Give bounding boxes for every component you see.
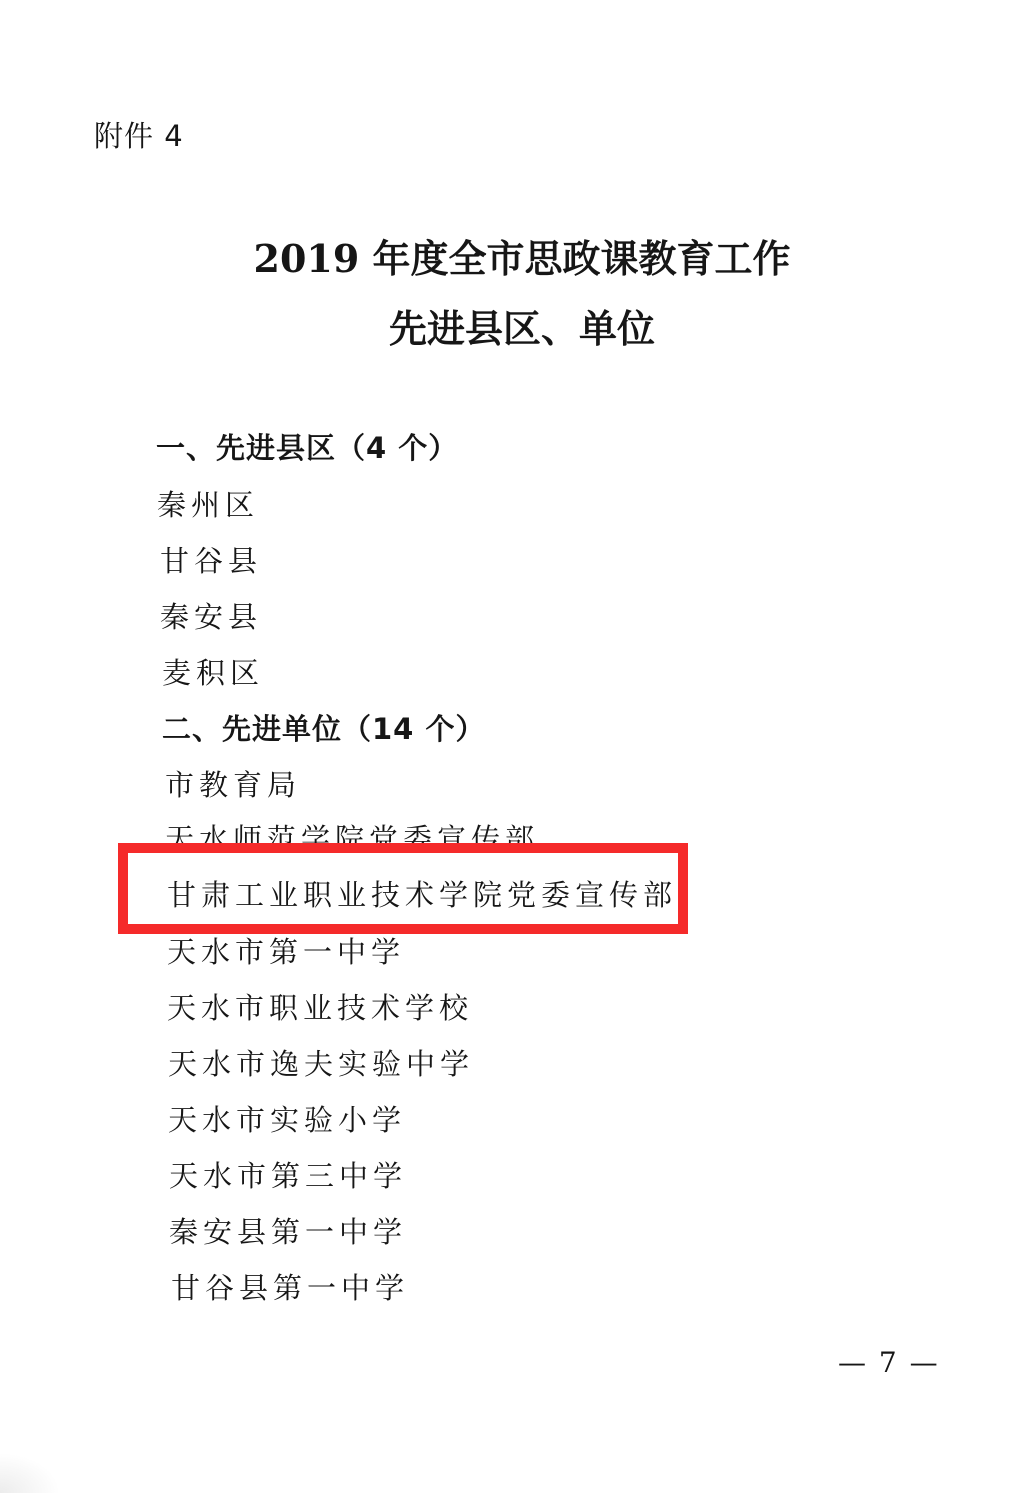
list-item-highlighted: 甘肃工业职业技术学院党委宣传部 [167,873,677,914]
list-item: 天水师范学院党委宣传部 [165,817,539,843]
title-line-2: 先进县区、单位 [0,298,1024,353]
list-item: 天水市实验小学 [168,1098,406,1139]
list-item: 天水市第一中学 [167,930,405,971]
list-item: 甘谷县第一中学 [171,1266,409,1307]
section-heading-counties: 一、先进县区（4 个） [156,426,458,467]
list-item: 天水市逸夫实验中学 [168,1042,474,1083]
scan-shadow [0,1453,60,1493]
list-item: 天水市职业技术学校 [167,986,473,1027]
list-item: 秦安县第一中学 [169,1210,407,1251]
section-heading-units: 二、先进单位（14 个） [162,707,485,748]
list-item: 甘谷县 [160,539,262,580]
attachment-label: 附件 4 [94,114,184,155]
list-item: 秦安县 [160,595,262,636]
list-item: 秦州区 [157,483,259,524]
title-line-1: 2019 年度全市思政课教育工作 [0,228,1024,283]
list-item: 麦积区 [162,651,264,692]
list-item: 天水市第三中学 [169,1154,407,1195]
page-number: — 7 — [838,1346,940,1379]
list-item: 市教育局 [165,763,301,804]
